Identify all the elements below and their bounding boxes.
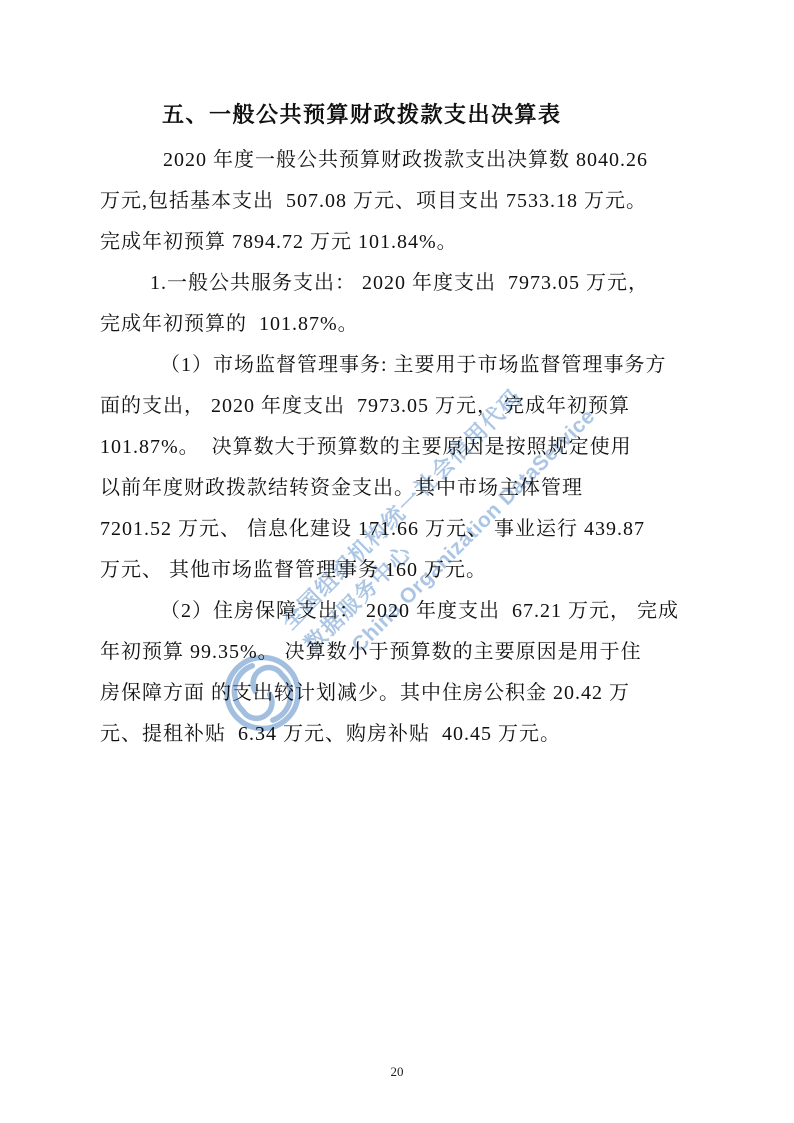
body-line: 年初预算 99.35%。 决算数小于预算数的主要原因是用于住 (100, 632, 712, 673)
body-line: 万元、 其他市场监督管理事务 160 万元。 (100, 550, 712, 591)
document-body: 五、一般公共预算财政拨款支出决算表 2020 年度一般公共预算财政拨款支出决算数… (100, 100, 712, 755)
body-line: 元、提租补贴 6.34 万元、购房补贴 40.45 万元。 (100, 714, 712, 755)
body-line: 以前年度财政拨款结转资金支出。其中市场主体管理 (100, 468, 712, 509)
body-line: （2）住房保障支出： 2020 年度支出 67.21 万元， 完成 (100, 591, 712, 632)
body-line: 完成年初预算的 101.87%。 (100, 304, 712, 345)
body-line: 2020 年度一般公共预算财政拨款支出决算数 8040.26 (100, 140, 712, 181)
body-line: 101.87%。 决算数大于预算数的主要原因是按照规定使用 (100, 427, 712, 468)
section-title: 五、一般公共预算财政拨款支出决算表 (100, 100, 712, 130)
body-line: 1.一般公共服务支出： 2020 年度支出 7973.05 万元， (100, 263, 712, 304)
document-page: 全国组织机构统一社会信用代码 数据服务中心 China Organization… (0, 0, 794, 1123)
body-line: 完成年初预算 7894.72 万元 101.84%。 (100, 222, 712, 263)
body-line: 万元,包括基本支出 507.08 万元、项目支出 7533.18 万元。 (100, 181, 712, 222)
paragraph-block: 2020 年度一般公共预算财政拨款支出决算数 8040.26 万元,包括基本支出… (100, 140, 712, 755)
body-line: 7201.52 万元、 信息化建设 171.66 万元、 事业运行 439.87 (100, 509, 712, 550)
body-line: 房保障方面 的支出较计划减少。其中住房公积金 20.42 万 (100, 673, 712, 714)
body-line: （1）市场监督管理事务: 主要用于市场监督管理事务方 (100, 345, 712, 386)
page-number: 20 (0, 1064, 794, 1080)
body-line: 面的支出， 2020 年度支出 7973.05 万元， 完成年初预算 (100, 386, 712, 427)
